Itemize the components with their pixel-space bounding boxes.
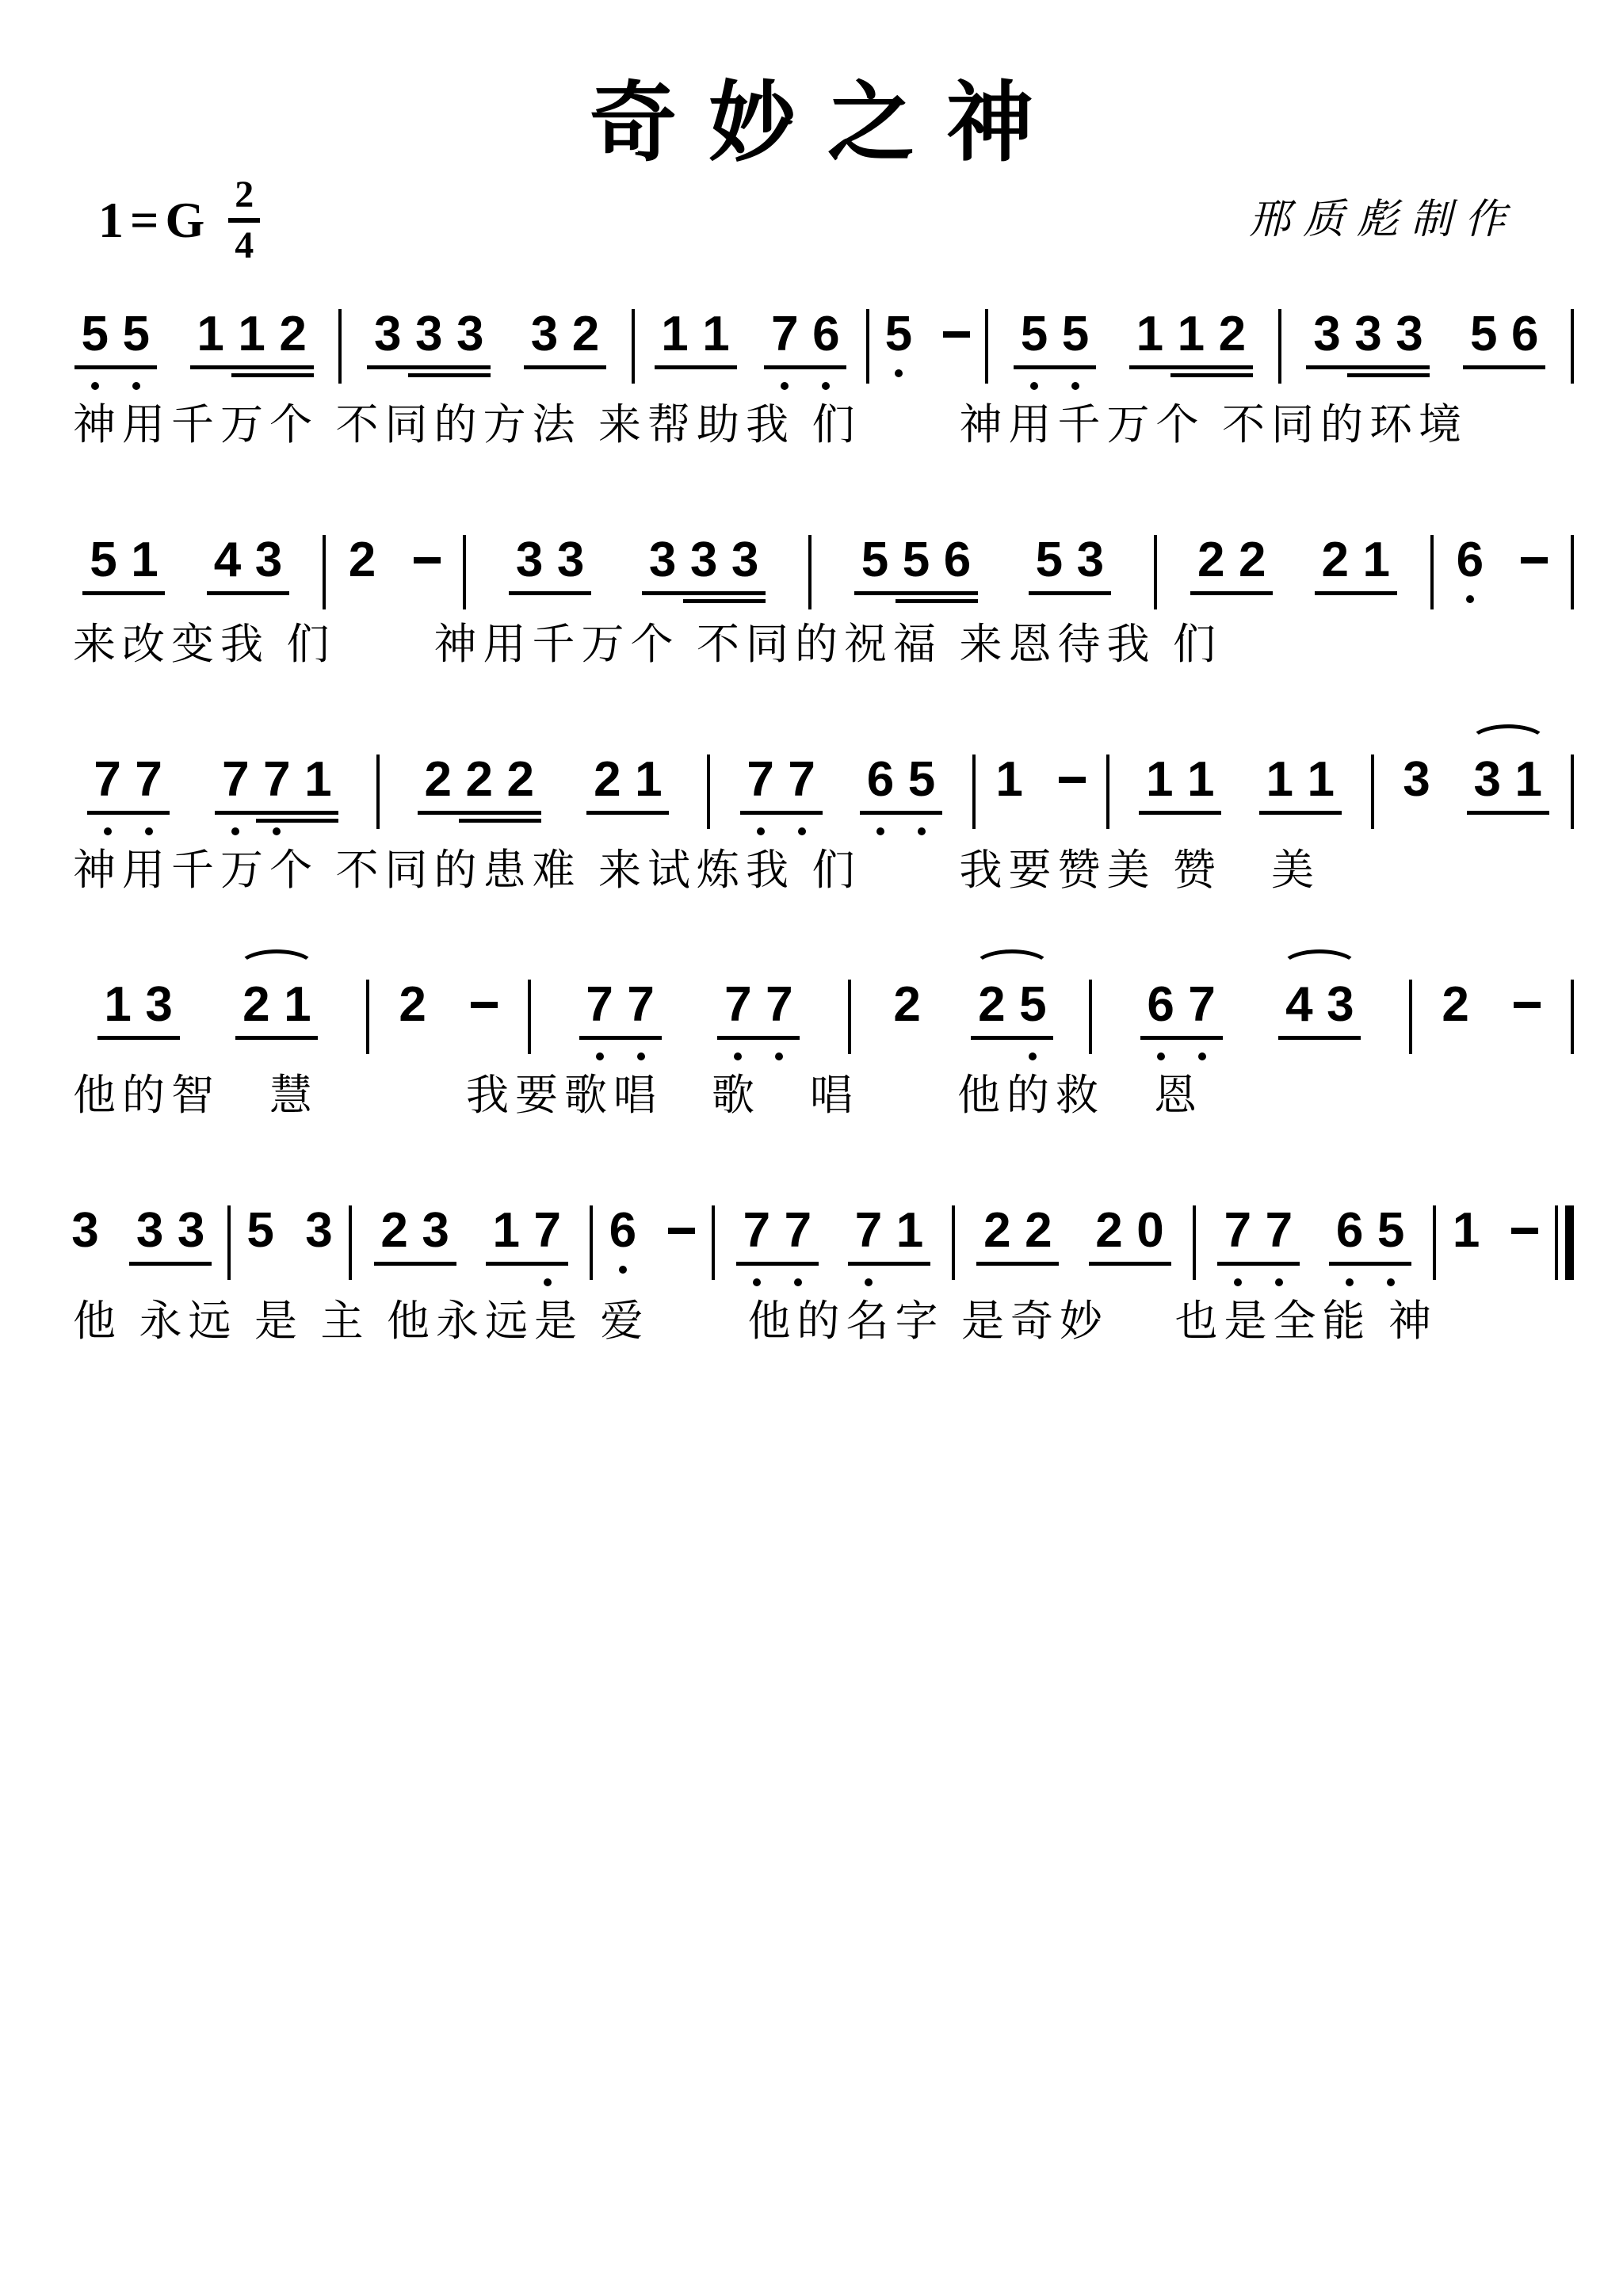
measure: 1 xyxy=(1436,1205,1555,1278)
low-octave-dot xyxy=(865,1278,873,1286)
barline xyxy=(1571,755,1574,829)
duration-underlines xyxy=(621,1030,662,1052)
low-octave-dot xyxy=(231,827,239,835)
note-digit: 3 xyxy=(1467,755,1508,805)
note: 5 xyxy=(1014,309,1055,390)
duration-underlines xyxy=(527,1256,568,1278)
dash-note xyxy=(1514,535,1555,608)
barline-thin xyxy=(1555,1205,1558,1280)
measure: 2317 xyxy=(352,1205,590,1286)
beat-group: 333 xyxy=(1306,309,1430,382)
dash xyxy=(1521,557,1548,563)
duration-underlines xyxy=(976,1256,1018,1278)
note-digit: 2 xyxy=(1190,535,1232,586)
beat-group xyxy=(407,535,448,608)
underline-eighth xyxy=(642,591,683,595)
underline-eighth xyxy=(1463,365,1504,369)
note-digit: 3 xyxy=(642,535,683,586)
underline-eighth xyxy=(1315,591,1356,595)
low-octave-dot xyxy=(781,382,789,390)
note-digit: 5 xyxy=(74,309,116,360)
duration-underlines xyxy=(805,360,846,382)
low-octave-dot xyxy=(1030,382,1038,390)
note: 2 xyxy=(392,980,433,1052)
note: 5 xyxy=(240,1205,281,1278)
duration-underlines xyxy=(1014,360,1055,382)
duration-underlines xyxy=(1012,1030,1053,1052)
beat-group: 3 xyxy=(298,1205,339,1278)
credit: 邢质彪制作 xyxy=(1249,185,1518,245)
duration-underlines xyxy=(1140,1030,1182,1052)
note: 7 xyxy=(758,980,800,1060)
note-digit: 7 xyxy=(848,1205,889,1256)
underline-eighth xyxy=(418,811,459,815)
time-signature: 2 4 xyxy=(228,176,260,265)
underline-eighth xyxy=(736,1262,777,1266)
note-digit: 7 xyxy=(1217,1205,1258,1256)
duration-underlines xyxy=(1306,360,1347,382)
underline-eighth xyxy=(1170,365,1212,369)
beat-group xyxy=(936,309,977,382)
measure: 5143 xyxy=(49,535,323,608)
beat-group: 77 xyxy=(717,980,800,1060)
underline-eighth xyxy=(1212,365,1253,369)
measure: 22221 xyxy=(380,755,707,827)
duration-underlines xyxy=(298,1256,339,1278)
dash-note xyxy=(464,980,505,1052)
duration-underlines xyxy=(889,1256,930,1278)
note: 6 xyxy=(602,1205,643,1274)
beat-group: 20 xyxy=(1089,1205,1171,1278)
duration-underlines xyxy=(407,586,448,608)
duration-underlines xyxy=(1300,805,1342,827)
beat-group: 55 xyxy=(1014,309,1096,390)
note-digit: 1 xyxy=(696,309,737,360)
note: 5 xyxy=(82,535,124,608)
beat-group: 6 xyxy=(602,1205,643,1274)
duration-underlines xyxy=(1504,360,1545,382)
underline-eighth xyxy=(621,1036,662,1040)
note: 2 xyxy=(374,1205,415,1278)
note: 0 xyxy=(1130,1205,1171,1278)
note-digit: 5 xyxy=(1055,309,1096,360)
underline-eighth xyxy=(1055,365,1096,369)
duration-underlines xyxy=(628,805,669,827)
beat-group: 1 xyxy=(989,755,1030,827)
beat-group: 67 xyxy=(1140,980,1223,1060)
duration-underlines xyxy=(854,586,896,608)
dash xyxy=(1059,777,1086,783)
beat-group: 77 xyxy=(87,755,170,835)
beat-group: 25 xyxy=(971,980,1053,1060)
beat-group: 3 xyxy=(65,1205,106,1278)
measure: 2 xyxy=(1412,980,1571,1052)
underline-eighth xyxy=(207,591,248,595)
underline-eighth xyxy=(1180,811,1221,815)
underline-eighth xyxy=(1089,1262,1130,1266)
note-digit: 2 xyxy=(586,755,628,805)
note: 1 xyxy=(696,309,737,382)
underline-eighth xyxy=(1018,1262,1059,1266)
low-octave-dot xyxy=(775,1052,783,1060)
note-digit: 1 xyxy=(1129,309,1170,360)
underline-eighth xyxy=(655,365,696,369)
dash-note xyxy=(1052,755,1093,827)
note: 6 xyxy=(1140,980,1182,1060)
note: 2 xyxy=(500,755,541,827)
underline-eighth xyxy=(1508,811,1549,815)
duration-underlines xyxy=(1070,586,1111,608)
note-digit: 5 xyxy=(901,755,942,805)
note: 7 xyxy=(1182,980,1223,1060)
time-numerator: 2 xyxy=(228,176,260,223)
dash xyxy=(668,1228,695,1234)
underline-eighth xyxy=(1388,365,1430,369)
note-digit: 1 xyxy=(277,980,318,1030)
note-digit: 1 xyxy=(1300,755,1342,805)
barline xyxy=(1571,535,1574,609)
duration-underlines xyxy=(550,586,591,608)
note-digit: 1 xyxy=(1508,755,1549,805)
low-octave-dot xyxy=(132,382,140,390)
low-octave-dot xyxy=(753,1278,761,1286)
final-barline xyxy=(1555,1205,1574,1280)
note: 7 xyxy=(128,755,170,835)
note-digit: 3 xyxy=(524,309,565,360)
note-digit: 5 xyxy=(1029,535,1070,586)
underline-eighth xyxy=(1306,365,1347,369)
note-digit: 3 xyxy=(298,1205,339,1256)
measure: 77771 xyxy=(49,755,376,835)
low-octave-dot xyxy=(918,827,926,835)
underline-sixteenth xyxy=(408,373,449,377)
note: 5 xyxy=(1463,309,1504,382)
note-digit: 2 xyxy=(273,309,314,360)
note-digit: 2 xyxy=(1435,980,1476,1030)
duration-underlines xyxy=(273,360,314,382)
beat-group: 21 xyxy=(586,755,669,827)
beat-group: 33 xyxy=(509,535,591,608)
underline-sixteenth xyxy=(297,819,338,823)
duration-underlines xyxy=(1347,360,1388,382)
duration-underlines xyxy=(367,360,408,382)
note-digit xyxy=(1052,755,1093,805)
duration-underlines xyxy=(1319,1030,1361,1052)
duration-underlines xyxy=(989,805,1030,827)
note-digit: 3 xyxy=(415,1205,456,1256)
duration-underlines xyxy=(240,1256,281,1278)
beat-group: 23 xyxy=(374,1205,456,1278)
duration-underlines xyxy=(1258,1256,1300,1278)
beat-group: 56 xyxy=(1463,309,1545,382)
measure: 55653 xyxy=(811,535,1154,608)
measure: 33356 xyxy=(1281,309,1571,382)
note: 1 xyxy=(277,980,318,1052)
underline-eighth xyxy=(235,1036,277,1040)
duration-underlines xyxy=(190,360,231,382)
underline-eighth xyxy=(805,365,846,369)
beat-group: 21 xyxy=(1315,535,1397,608)
duration-underlines xyxy=(777,1256,819,1278)
low-octave-dot xyxy=(544,1278,552,1286)
duration-underlines xyxy=(235,1030,277,1052)
dash xyxy=(943,331,970,338)
duration-underlines xyxy=(524,360,565,382)
lyrics-row: 来改变我 们 神用千万个 不同的祝福 来恩待我 们 xyxy=(49,619,1574,670)
note-digit: 3 xyxy=(65,1205,106,1256)
dash xyxy=(471,1002,498,1008)
beat-group: 2 xyxy=(392,980,433,1052)
note-digit: 2 xyxy=(235,980,277,1030)
underline-eighth xyxy=(896,591,937,595)
underline-eighth xyxy=(586,811,628,815)
duration-underlines xyxy=(1232,586,1273,608)
note: 3 xyxy=(550,535,591,608)
note-digit: 6 xyxy=(805,309,846,360)
header: 奇妙之神 1=G 2 4 邢质彪制作 xyxy=(49,0,1574,277)
note-digit: 7 xyxy=(758,980,800,1030)
measure: 7765 xyxy=(1196,1205,1434,1286)
note-digit: 3 xyxy=(1388,309,1430,360)
note: 1 xyxy=(1356,535,1397,608)
note-digit: 1 xyxy=(1170,309,1212,360)
note-digit: 6 xyxy=(937,535,978,586)
note-digit: 3 xyxy=(1319,980,1361,1030)
measure: 7777 xyxy=(531,980,848,1060)
beat-group: 13 xyxy=(97,980,180,1052)
underline-eighth xyxy=(449,365,491,369)
duration-underlines xyxy=(661,1256,702,1278)
note: 3 xyxy=(298,1205,339,1278)
dash-note xyxy=(661,1205,702,1278)
note: 1 xyxy=(628,755,669,827)
low-octave-dot xyxy=(1387,1278,1395,1286)
note: 3 xyxy=(449,309,491,382)
note-digit: 3 xyxy=(1306,309,1347,360)
duration-underlines xyxy=(696,360,737,382)
underline-eighth xyxy=(74,365,116,369)
beat-group: 31 xyxy=(1467,755,1549,827)
beat-group: 32 xyxy=(524,309,606,382)
duration-underlines xyxy=(1212,360,1253,382)
low-octave-dot xyxy=(1234,1278,1242,1286)
duration-underlines xyxy=(1507,1030,1548,1052)
beat-group: 77 xyxy=(736,1205,819,1286)
duration-underlines xyxy=(1029,586,1070,608)
notation-row: 33353231767771222077651 xyxy=(49,1205,1574,1286)
note: 2 xyxy=(235,980,277,1052)
duration-underlines xyxy=(781,805,823,827)
duration-underlines xyxy=(392,1030,433,1052)
beat-group: 2 xyxy=(342,535,383,608)
music-systems: 5511233332117655511233356神用千万个 不同的方法 来帮助… xyxy=(49,277,1574,1347)
duration-underlines xyxy=(408,360,449,382)
beat-group: 76 xyxy=(764,309,846,390)
slur-arc xyxy=(1468,724,1548,761)
duration-underlines xyxy=(170,1256,212,1278)
measure: 1111 xyxy=(1109,755,1371,827)
note-digit: 3 xyxy=(1347,309,1388,360)
low-octave-dot xyxy=(1157,1052,1165,1060)
beat-group: 333 xyxy=(642,535,766,608)
underline-eighth xyxy=(1278,1036,1319,1040)
low-octave-dot xyxy=(104,827,112,835)
underline-eighth xyxy=(128,811,170,815)
music-system: 7777122221776511111331神用千万个 不同的患难 来试炼我 们… xyxy=(49,723,1574,896)
note: 2 xyxy=(971,980,1012,1060)
note-digit: 2 xyxy=(1018,1205,1059,1256)
beat-group: 77 xyxy=(740,755,823,835)
underline-eighth xyxy=(1140,1036,1182,1040)
lyrics-row: 神用千万个 不同的患难 来试炼我 们 我要赞美 赞 美 xyxy=(49,845,1574,896)
note: 1 xyxy=(1129,309,1170,382)
duration-underlines xyxy=(565,360,606,382)
note: 3 xyxy=(415,1205,456,1278)
duration-underlines xyxy=(464,1030,505,1052)
note-digit: 1 xyxy=(1180,755,1221,805)
low-octave-dot xyxy=(637,1052,645,1060)
note: 3 xyxy=(1306,309,1347,382)
duration-underlines xyxy=(248,586,289,608)
note-digit xyxy=(936,309,977,360)
duration-underlines xyxy=(1370,1256,1411,1278)
note-digit: 2 xyxy=(1089,1205,1130,1256)
low-octave-dot xyxy=(876,827,884,835)
underline-eighth xyxy=(1329,1262,1370,1266)
underline-eighth xyxy=(628,811,669,815)
underline-eighth xyxy=(374,1262,415,1266)
note: 2 xyxy=(418,755,459,827)
duration-underlines xyxy=(500,805,541,827)
duration-underlines xyxy=(936,360,977,382)
duration-underlines xyxy=(655,360,696,382)
note: 2 xyxy=(887,980,928,1052)
low-octave-dot xyxy=(1275,1278,1283,1286)
duration-underlines xyxy=(1055,360,1096,382)
note: 5 xyxy=(1055,309,1096,390)
key-label: 1=G xyxy=(98,191,211,250)
beat-group: 3 xyxy=(1396,755,1437,827)
note-digit: 2 xyxy=(971,980,1012,1030)
key-signature: 1=G 2 4 xyxy=(98,176,260,265)
underline-sixteenth xyxy=(231,373,273,377)
duration-underlines xyxy=(878,360,919,382)
underline-sixteenth xyxy=(1388,373,1430,377)
note-digit xyxy=(1504,1205,1545,1256)
underline-eighth xyxy=(524,365,565,369)
duration-underlines xyxy=(65,1256,106,1278)
underline-sixteenth xyxy=(896,599,937,603)
underline-eighth xyxy=(717,1036,758,1040)
duration-underlines xyxy=(139,1030,180,1052)
underline-sixteenth xyxy=(273,373,314,377)
dash xyxy=(1511,1228,1538,1234)
note-digit: 3 xyxy=(367,309,408,360)
beat-group xyxy=(1504,1205,1545,1278)
underline-sixteenth xyxy=(937,599,978,603)
duration-underlines xyxy=(124,586,165,608)
measure: 2 xyxy=(326,535,463,608)
underline-eighth xyxy=(1029,591,1070,595)
note-digit: 7 xyxy=(1258,1205,1300,1256)
note-digit: 1 xyxy=(1259,755,1300,805)
underline-sixteenth xyxy=(1347,373,1388,377)
note-digit: 5 xyxy=(240,1205,281,1256)
lyrics-row: 他 永远 是 主 他永远是 爱 他的名字 是奇妙 也是全能 神 xyxy=(49,1296,1574,1347)
note: 7 xyxy=(740,755,781,835)
note: 7 xyxy=(848,1205,889,1286)
duration-underlines xyxy=(1259,805,1300,827)
duration-underlines xyxy=(129,1256,170,1278)
low-octave-dot xyxy=(91,382,99,390)
note-digit: 3 xyxy=(550,535,591,586)
underline-eighth xyxy=(1504,365,1545,369)
note-digit: 1 xyxy=(486,1205,527,1256)
note: 1 xyxy=(1300,755,1342,827)
beat-group xyxy=(1052,755,1093,827)
note: 4 xyxy=(1278,980,1319,1052)
duration-underlines xyxy=(1356,586,1397,608)
note-digit: 2 xyxy=(374,1205,415,1256)
duration-underlines xyxy=(509,586,550,608)
note: 5 xyxy=(116,309,157,390)
note-digit: 6 xyxy=(1329,1205,1370,1256)
note-digit: 1 xyxy=(231,309,273,360)
notation-row: 7777122221776511111331 xyxy=(49,755,1574,835)
note: 5 xyxy=(1029,535,1070,608)
music-system: 5511233332117655511233356神用千万个 不同的方法 来帮助… xyxy=(49,277,1574,451)
note: 7 xyxy=(527,1205,568,1286)
duration-underlines xyxy=(1508,805,1549,827)
note-digit: 2 xyxy=(976,1205,1018,1256)
measure: 33332 xyxy=(342,309,631,382)
beat-group: 11 xyxy=(1139,755,1221,827)
note: 7 xyxy=(777,1205,819,1286)
note: 5 xyxy=(854,535,896,608)
note-digit: 7 xyxy=(717,980,758,1030)
note-digit: 7 xyxy=(621,980,662,1030)
note-digit: 5 xyxy=(854,535,896,586)
note: 5 xyxy=(74,309,116,390)
note-digit: 3 xyxy=(1396,755,1437,805)
note-digit: 1 xyxy=(124,535,165,586)
note: 7 xyxy=(87,755,128,835)
underline-eighth xyxy=(1259,811,1300,815)
note-digit: 7 xyxy=(87,755,128,805)
note: 2 xyxy=(342,535,383,608)
duration-underlines xyxy=(1329,1256,1370,1278)
underline-eighth xyxy=(1190,591,1232,595)
underline-eighth xyxy=(777,1262,819,1266)
underline-sixteenth xyxy=(1212,373,1253,377)
duration-underlines xyxy=(860,805,901,827)
note: 6 xyxy=(937,535,978,608)
underline-eighth xyxy=(889,1262,930,1266)
duration-underlines xyxy=(87,805,128,827)
note-digit: 7 xyxy=(128,755,170,805)
note-digit: 2 xyxy=(1232,535,1273,586)
note-digit: 1 xyxy=(628,755,669,805)
beat-group: 22 xyxy=(1190,535,1273,608)
beat-group xyxy=(1507,980,1548,1052)
note: 7 xyxy=(215,755,256,835)
note: 5 xyxy=(1370,1205,1411,1286)
beat-group: 2 xyxy=(1435,980,1476,1052)
note: 5 xyxy=(901,755,942,835)
note-digit: 7 xyxy=(215,755,256,805)
note: 7 xyxy=(256,755,297,835)
note-digit: 1 xyxy=(190,309,231,360)
